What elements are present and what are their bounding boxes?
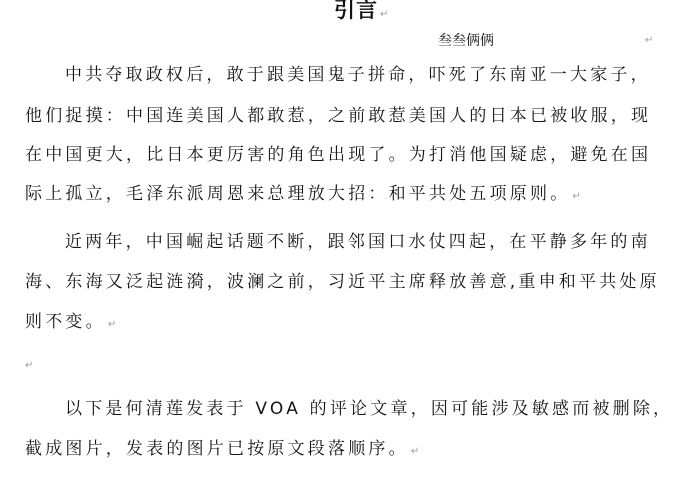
paragraph-mark-icon: ↵ xyxy=(411,446,423,457)
title-text: 引言 xyxy=(334,0,378,22)
author-name: 叁叁俩俩 xyxy=(438,30,494,50)
paragraph-1-line-1: 中共夺取政权后，敢于跟美国鬼子拼命，吓死了东南亚一大家子， xyxy=(65,60,651,85)
paragraph-4-line-1: 以下是何清莲发表于 VOA 的评论文章，因可能涉及敏感而被删除， xyxy=(65,394,673,419)
line-text: 际上孤立，毛泽东派周恩来总理放大招：和平共处五项原则。 xyxy=(25,184,570,204)
paragraph-mark-icon: ↵ xyxy=(572,191,584,202)
paragraph-1-line-4: 际上孤立，毛泽东派周恩来总理放大招：和平共处五项原则。↵ xyxy=(25,179,584,204)
document-page: 引言↵ 叁叁俩俩 ↵ 中共夺取政权后，敢于跟美国鬼子拼命，吓死了东南亚一大家子，… xyxy=(0,0,699,477)
empty-paragraph-mark-icon: ↵ xyxy=(25,360,33,371)
line-text: 则不变。 xyxy=(25,312,106,332)
paragraph-2-line-3: 则不变。↵ xyxy=(25,307,119,332)
line-text: 截成图片，发表的图片已按原文段落顺序。 xyxy=(25,439,409,459)
document-title: 引言↵ xyxy=(334,0,389,24)
paragraph-2-line-1: 近两年，中国崛起话题不断，跟邻国口水仗四起，在平静多年的南 xyxy=(65,227,651,252)
paragraph-1-line-2: 他们捉摸：中国连美国人都敢惹，之前敢惹美国人的日本已被收服，现 xyxy=(25,101,651,126)
paragraph-mark-icon: ↵ xyxy=(380,9,389,20)
paragraph-1-line-3: 在中国更大，比日本更厉害的角色出现了。为打消他国疑虑，避免在国 xyxy=(25,140,651,165)
paragraph-mark-icon: ↵ xyxy=(108,319,120,330)
paragraph-4-line-2: 截成图片，发表的图片已按原文段落顺序。↵ xyxy=(25,434,422,459)
paragraph-2-line-2: 海、东海又泛起涟漪，波澜之前，习近平主席释放善意,重申和平共处原 xyxy=(25,267,660,292)
paragraph-mark-icon: ↵ xyxy=(645,35,653,46)
